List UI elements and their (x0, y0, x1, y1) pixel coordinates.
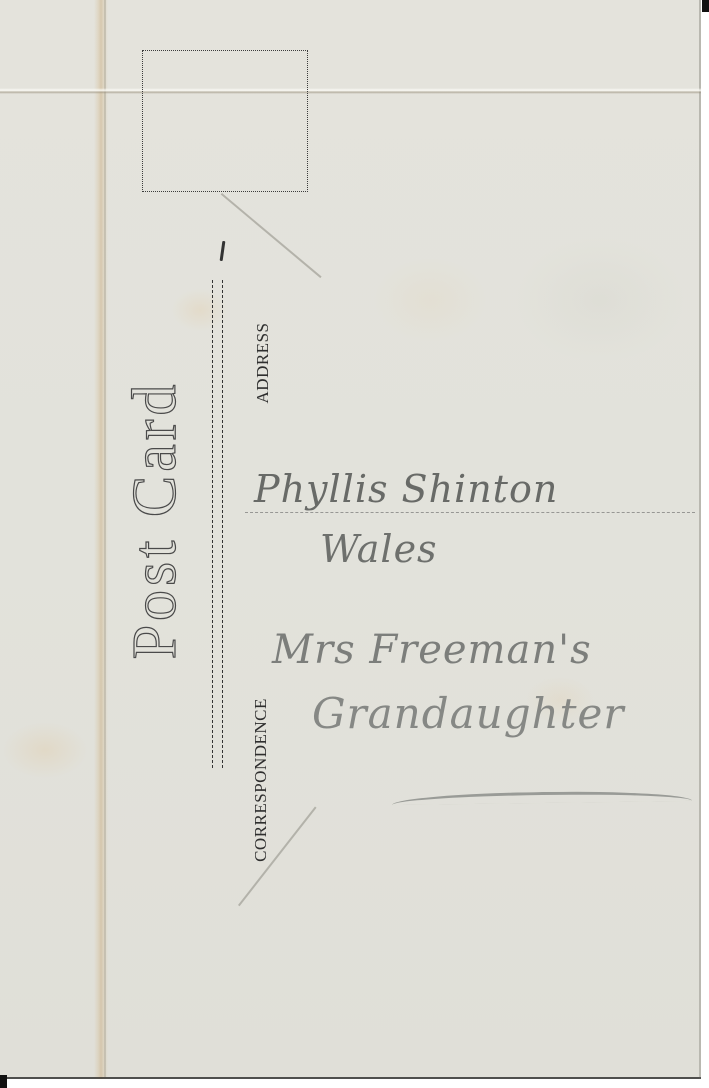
divider-tick-mark (220, 241, 226, 261)
stamp-box (142, 50, 308, 192)
address-label-container: ADDRESS (248, 295, 278, 430)
handwritten-relation-2: Grandaughter (312, 693, 624, 735)
handwritten-relation: Mrs Freeman's (272, 630, 592, 670)
handwritten-place: Wales (320, 530, 438, 568)
handwritten-name: Phyllis Shinton (254, 470, 558, 508)
address-label: ADDRESS (253, 322, 273, 403)
correspondence-label: CORRESPONDENCE (251, 698, 271, 862)
scan-corner-mark-top (702, 0, 709, 12)
scan-corner-mark (0, 1075, 7, 1088)
divider-double-line (212, 280, 223, 768)
postcard-back: Post Card ADDRESS CORRESPONDENCE Phyllis… (0, 0, 701, 1079)
title-container: Post Card (85, 305, 225, 735)
address-rule-line (245, 512, 695, 513)
correspondence-label-container: CORRESPONDENCE (246, 650, 276, 910)
horizontal-crease (0, 88, 701, 94)
card-bottom-edge (0, 1077, 701, 1079)
post-card-title: Post Card (124, 381, 186, 660)
handwritten-underline (392, 790, 692, 805)
corner-slit-top (221, 193, 322, 278)
